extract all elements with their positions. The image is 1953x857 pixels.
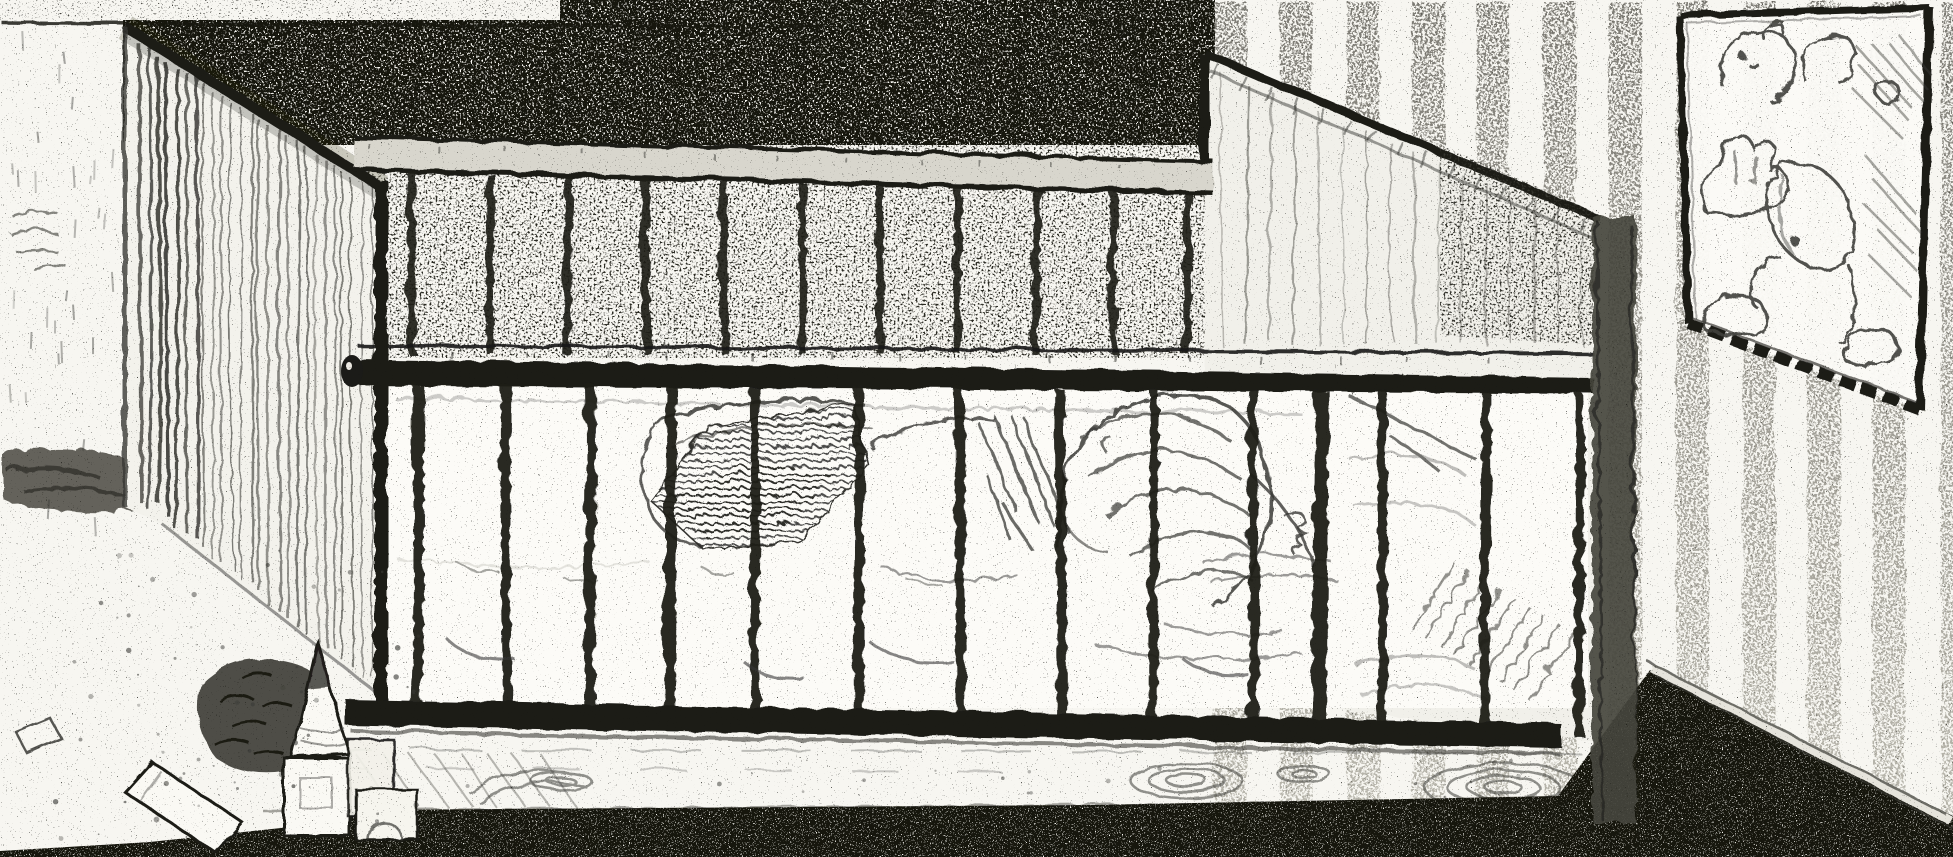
scan-grain-overlay	[0, 0, 1953, 857]
illustration-canvas: Ink illustration: toddler asleep in a co…	[0, 0, 1953, 857]
illustration-page: Ink illustration: toddler asleep in a co…	[0, 0, 1953, 857]
